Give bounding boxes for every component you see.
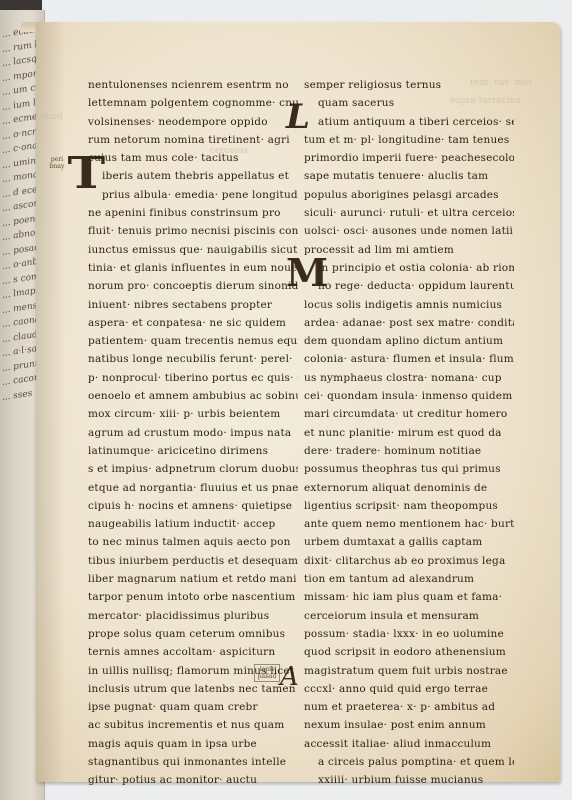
text-line: dere· tradere· hominum notitiae [304, 442, 514, 460]
text-line: latinumque· aricicetino dirimens [88, 442, 298, 460]
text-line: volsinenses· neodempore oppido [88, 113, 298, 131]
text-line: oenoelo et amnem ambubius ac sobinus [88, 387, 298, 405]
text-line: tibus iniurbem perductis et desequam [88, 552, 298, 570]
text-line: tarpor penum intoto orbe nascentium [88, 588, 298, 606]
text-line: sape mutatis tenuere· aluclis tam [304, 167, 514, 185]
text-line: p· nonprocul· tiberino portus ec quis· e… [88, 369, 298, 387]
text-line: populus aborigines pelasgi arcades [304, 186, 514, 204]
text-line: stagnantibus qui inmonantes intelle [88, 753, 298, 771]
text-line: aspera· et conpatesa· ne sic quidem [88, 314, 298, 332]
text-line: nentulonenses ncienrem esentrm no [88, 76, 298, 94]
text-line: primordio imperii fuere· peachesecoloms [304, 149, 514, 167]
text-line: s et impius· adpnetrum clorum duobus [88, 460, 298, 478]
text-line: a circeis palus pomptina· et quem loci [304, 753, 514, 771]
text-line: urbem dumtaxat a gallis captam [304, 533, 514, 551]
text-line: quod scripsit in eodoro athenensium [304, 643, 514, 661]
text-line: liber magnarum natium et retdo mani [88, 570, 298, 588]
text-line: iunctus emissus que· nauigabilis sicut [88, 241, 298, 259]
left-text-column: nentulonenses ncienrem esentrm nolettemn… [88, 76, 298, 790]
text-line: ipse pugnat· quam quam crebr [88, 698, 298, 716]
text-line: cuius tam mus cole· tacitus [88, 149, 298, 167]
text-line: mari circumdata· ut creditur homero [304, 405, 514, 423]
text-line: cerceiorum insula et mensuram [304, 607, 514, 625]
text-line: tinia· et glanis influentes in eum noue [88, 259, 298, 277]
text-line: cei· quondam insula· inmenso quidem [304, 387, 514, 405]
text-line: semper religiosus ternus [304, 76, 514, 94]
text-line: quam sacerus [304, 94, 514, 112]
text-line: nexum insulae· post enim annum [304, 716, 514, 734]
text-line: prope solus quam ceterum omnibus [88, 625, 298, 643]
text-line: dixit· clitarchus ab eo proximus lega [304, 552, 514, 570]
text-line: cccxl· anno quid quid ergo terrae [304, 680, 514, 698]
text-line: inclusis utrum que latenbs nec tamen [88, 680, 298, 698]
text-line: etque ad norgantia· fluuius et us pnae [88, 479, 298, 497]
text-line: naugeabilis latium inductit· accep [88, 515, 298, 533]
text-line: siculi· aurunci· rutuli· et ultra cercei… [304, 204, 514, 222]
text-line: cipuis h· nocins et amnens· quietipse [88, 497, 298, 515]
text-line: colonia· astura· flumen et insula· flum [304, 350, 514, 368]
show-through-text: quod [40, 112, 63, 122]
text-line: possum· stadia· lxxx· in eo uolumine [304, 625, 514, 643]
text-line: agrum ad crustum modo· impus nata [88, 424, 298, 442]
text-line: no rege· deducta· oppidum laurentum [304, 277, 514, 295]
text-line: in uillis nullisq; flamorum minus licet [88, 662, 298, 680]
text-line: et nunc planitie· mirum est quod da [304, 424, 514, 442]
text-line: to nec minus talmen aquis aecto pon [88, 533, 298, 551]
text-line: processit ad lim mi amtiem [304, 241, 514, 259]
marginal-note: peri bnay [46, 156, 68, 170]
text-line: in principio et ostia colonia· ab rioma [304, 259, 514, 277]
gutter-shadow [36, 22, 66, 782]
text-line: externorum aliquat denominis de [304, 479, 514, 497]
text-line: iniuent· nibres sectabens propter [88, 296, 298, 314]
text-line: magistratum quem fuit urbis nostrae [304, 662, 514, 680]
text-line: dem quondam aplino dictum antium [304, 332, 514, 350]
text-line: atium antiquum a tiberi cerceios· seruat [304, 113, 514, 131]
text-line: norum pro· concoeptis dierum sinonidis [88, 277, 298, 295]
text-line: ne apenini finibus constrinsum pro [88, 204, 298, 222]
text-line: ante quem nemo mentionem hac· burt [304, 515, 514, 533]
text-line: iberis autem thebris appellatus et [88, 167, 298, 185]
text-line: uolsci· osci· ausones unde nomen latii [304, 222, 514, 240]
text-line: accessit italiae· aliud inmacculum [304, 735, 514, 753]
text-line: mox circum· xiii· p· urbis beientem [88, 405, 298, 423]
text-line: ac subitus incrementis et nus quam [88, 716, 298, 734]
text-line: fluit· tenuis primo necnisi piscinis con [88, 222, 298, 240]
text-line: prius albula· emedia· pene longitudi [88, 186, 298, 204]
text-line: ternis amnes accoltam· aspiciturn [88, 643, 298, 661]
text-line: mercator· placidissimus pluribus [88, 607, 298, 625]
text-line: tion em tantum ad alexandrum [304, 570, 514, 588]
text-line: num et praeterea· x· p· ambitus ad [304, 698, 514, 716]
text-line: tum et m· pl· longitudine· tam tenues [304, 131, 514, 149]
text-line: ardea· adanae· post sex matre· condita [304, 314, 514, 332]
text-line: rum netorum nomina tiretinent· agri [88, 131, 298, 149]
text-line: natibus longe necubilis ferunt· perel· [88, 350, 298, 368]
text-line: us nymphaeus clostra· nomana· cup [304, 369, 514, 387]
text-line: locus solis indigetis amnis numicius [304, 296, 514, 314]
text-line: xxiiii· urbium fuisse mucianus [304, 771, 514, 789]
text-line: missam· hic iam plus quam et fama· [304, 588, 514, 606]
text-line: lettemnam polgentem cognomme· cnuis [88, 94, 298, 112]
text-line: ligentius scripsit· nam theopompus [304, 497, 514, 515]
text-line: magis aquis quam in ipsa urbe [88, 735, 298, 753]
text-line: possumus theophras tus qui primus [304, 460, 514, 478]
text-line: gitur· potius ac monitor· auctu [88, 771, 298, 789]
text-line: patientem· quam trecentis nemus equim [88, 332, 298, 350]
right-text-column: semper religiosus ternusquam sacerusatiu… [304, 76, 514, 790]
